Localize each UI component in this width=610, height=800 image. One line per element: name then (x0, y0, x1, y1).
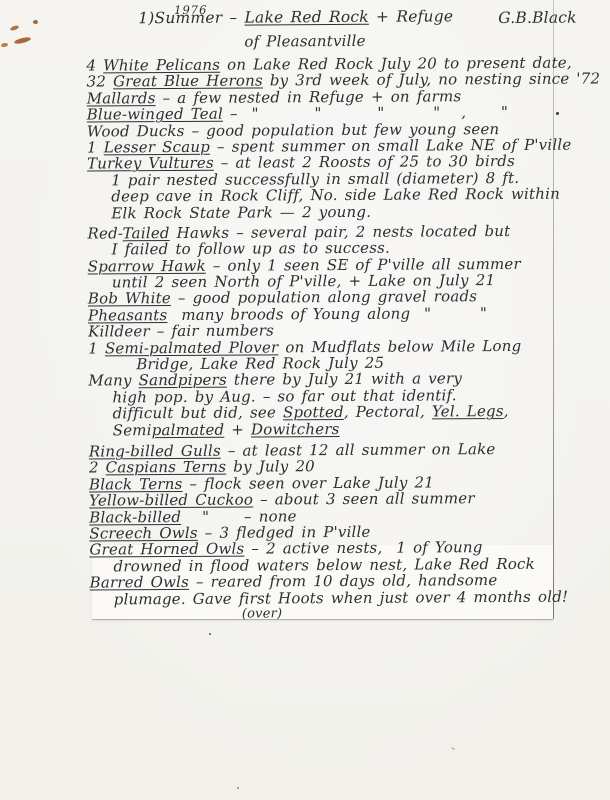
title-subtitle: of Pleasantville (86, 30, 586, 53)
species-name: Yel. Legs (432, 402, 504, 420)
note-line: plumage. Gave first Hoots when just over… (90, 588, 590, 607)
rust-stain (33, 20, 38, 24)
note-text: Semi (113, 421, 152, 439)
note-text: – at least 12 all summer on Lake (221, 440, 496, 460)
ink-speck (237, 787, 239, 789)
note-text: + (224, 420, 251, 438)
note-text: 2 (89, 459, 106, 477)
rust-stain (10, 25, 20, 32)
author-name: G.B.Black (498, 9, 577, 27)
handwritten-content: 1)Summer – Lake Red Rock + Refuge1976G.B… (86, 6, 590, 623)
rust-stain (14, 36, 32, 45)
title-text-underlined: Lake Red Rock (244, 8, 369, 27)
note-line: Elk Rock State Park — 2 young. (87, 202, 587, 221)
species-name: Dowitchers (251, 420, 340, 439)
note-text: plumage. Gave first Hoots when just over… (114, 587, 569, 608)
rust-stain (1, 43, 8, 48)
species-name: palmated (152, 420, 225, 438)
note-text: (over) (242, 606, 283, 621)
note-text: Elk Rock State Park — 2 young. (111, 202, 371, 222)
title-year: 1976 (174, 3, 207, 17)
note-line: Semipalmated + Dowitchers (89, 419, 589, 438)
note-text: , Pectoral, (344, 403, 432, 422)
scanned-page: 1)Summer – Lake Red Rock + Refuge1976G.B… (0, 0, 610, 800)
title-number: 1) (138, 9, 154, 27)
note-text: – about 3 seen all summer (253, 489, 475, 508)
ink-speck (451, 747, 455, 750)
note-text: 1 (88, 339, 105, 357)
title-line: 1)Summer – Lake Red Rock + Refuge1976G.B… (86, 6, 586, 33)
ink-speck (209, 633, 211, 635)
note-text: 1 (87, 138, 104, 156)
note-text: on Mudflats below Mile Long (278, 337, 521, 356)
title-text-post: + Refuge (369, 7, 453, 26)
note-text: 4 (86, 56, 103, 74)
ink-speck (556, 112, 559, 115)
handwritten-notes: 4 White Pelicans on Lake Red Rock July 2… (86, 54, 589, 623)
note-text: , (504, 402, 509, 420)
note-text: many broods of Young along " " (167, 304, 487, 324)
